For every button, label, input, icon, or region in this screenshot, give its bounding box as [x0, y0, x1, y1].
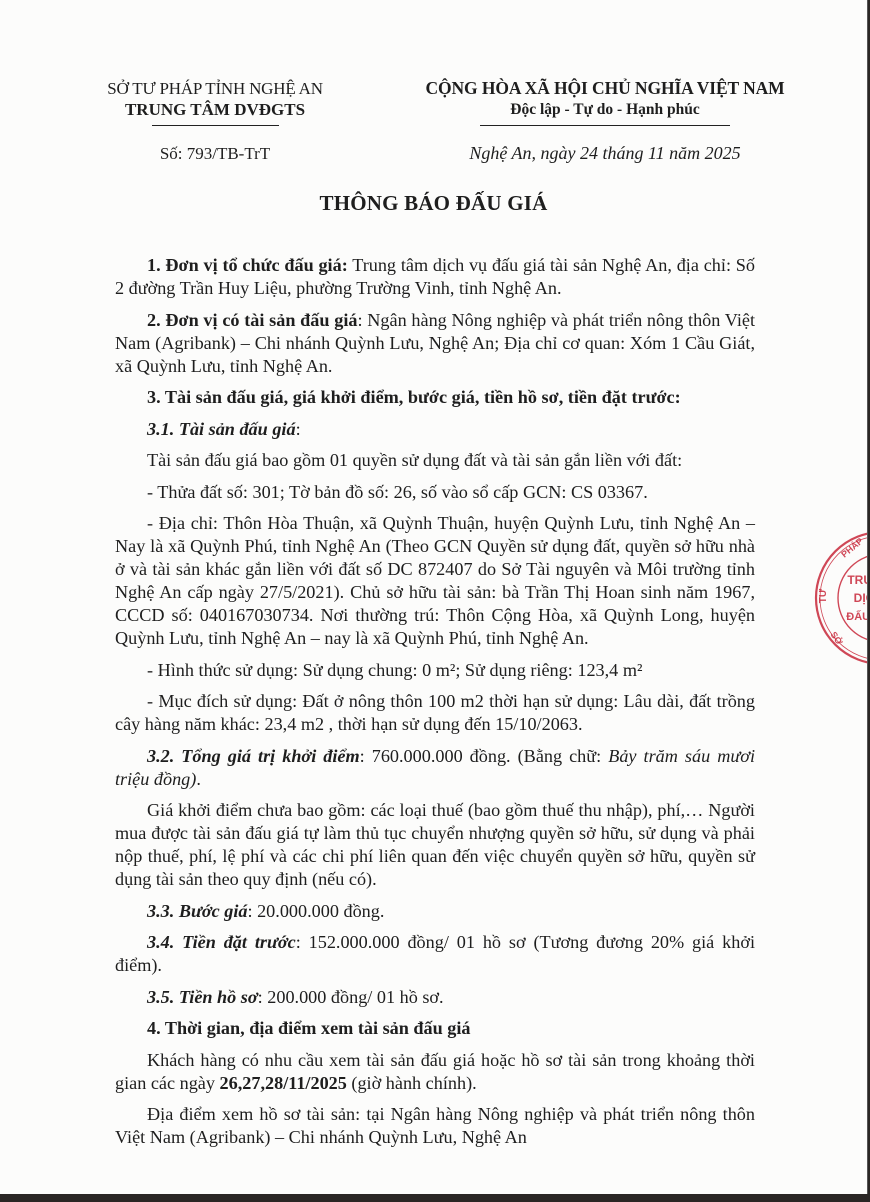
section-3-heading: 3. Tài sản đấu giá, giá khởi điểm, bước …: [115, 386, 755, 409]
svg-text:TƯ: TƯ: [818, 588, 829, 603]
svg-text:ĐẤU G: ĐẤU G: [846, 610, 868, 623]
dossier-fee: : 200.000 đồng/ 01 hồ sơ.: [258, 987, 444, 1007]
bid-step: : 20.000.000 đồng.: [247, 901, 384, 921]
section-3-3-label: 3.3. Bước giá: [147, 901, 247, 921]
section-3-5: 3.5. Tiền hồ sơ: 200.000 đồng/ 01 hồ sơ.: [115, 986, 755, 1009]
national-title: CỘNG HÒA XÃ HỘI CHỦ NGHĨA VIỆT NAM: [395, 78, 815, 99]
section-3-4-label: 3.4. Tiền đặt trước: [147, 932, 296, 952]
place-date: Nghệ An, ngày 24 tháng 11 năm 2025: [395, 143, 815, 164]
section-2: 2. Đơn vị có tài sản đấu giá: Ngân hàng …: [115, 309, 755, 378]
svg-text:DỊC: DỊC: [854, 591, 868, 605]
viewing-dates: 26,27,28/11/2025: [220, 1073, 347, 1093]
header-underline: [152, 125, 279, 126]
section-3-2-label: 3.2. Tổng giá trị khởi điểm: [147, 746, 360, 766]
viewing-time: Khách hàng có nhu cầu xem tài sản đấu gi…: [115, 1049, 755, 1095]
document-page: SỞ TƯ PHÁP TỈNH NGHỆ AN TRUNG TÂM DVĐGTS…: [0, 0, 868, 1194]
viewing-location: Địa điểm xem hồ sơ tài sản: tại Ngân hàn…: [115, 1103, 755, 1149]
section-4-heading: 4. Thời gian, địa điểm xem tài sản đấu g…: [115, 1017, 755, 1040]
section-2-label: 2. Đơn vị có tài sản đấu giá: [147, 310, 358, 330]
section-3-1-colon: :: [296, 419, 301, 439]
national-header: CỘNG HÒA XÃ HỘI CHỦ NGHĨA VIỆT NAM Độc l…: [395, 78, 815, 164]
section-3-1-label: 3.1. Tài sản đấu giá: [147, 419, 296, 439]
starting-price: : 760.000.000 đồng. (Bằng chữ:: [360, 746, 609, 766]
section-3-1: 3.1. Tài sản đấu giá:: [115, 418, 755, 441]
asset-usage-form: - Hình thức sử dụng: Sử dụng chung: 0 m²…: [115, 659, 755, 682]
asset-usage-purpose: - Mục đích sử dụng: Đất ở nông thôn 100 …: [115, 690, 755, 736]
section-3-5-label: 3.5. Tiền hồ sơ: [147, 987, 258, 1007]
document-title: THÔNG BÁO ĐẤU GIÁ: [0, 191, 867, 216]
viewing-time-post: (giờ hành chính).: [347, 1073, 477, 1093]
section-3-3: 3.3. Bước giá: 20.000.000 đồng.: [115, 900, 755, 923]
section-1-label: 1. Đơn vị tổ chức đấu giá:: [147, 255, 348, 275]
document-body: 1. Đơn vị tổ chức đấu giá: Trung tâm dịc…: [115, 254, 755, 1158]
national-motto: Độc lập - Tự do - Hạnh phúc: [395, 99, 815, 120]
section-1: 1. Đơn vị tổ chức đấu giá: Trung tâm dịc…: [115, 254, 755, 300]
section-3-2: 3.2. Tổng giá trị khởi điểm: 760.000.000…: [115, 745, 755, 791]
issuing-department: SỞ TƯ PHÁP TỈNH NGHỆ AN: [95, 78, 335, 99]
asset-parcel: - Thửa đất số: 301; Tờ bản đồ số: 26, số…: [115, 481, 755, 504]
asset-intro: Tài sản đấu giá bao gồm 01 quyền sử dụng…: [115, 449, 755, 472]
price-note: Giá khởi điểm chưa bao gồm: các loại thu…: [115, 799, 755, 891]
official-seal-icon: PHÁPTƯSỞTRUNDỊCĐẤU G: [812, 528, 868, 668]
issuing-center: TRUNG TÂM DVĐGTS: [95, 99, 335, 120]
svg-text:TRUN: TRUN: [847, 573, 868, 587]
section-3-2-end: .: [196, 769, 201, 789]
issuer-header: SỞ TƯ PHÁP TỈNH NGHỆ AN TRUNG TÂM DVĐGTS…: [95, 78, 335, 164]
svg-text:SỞ: SỞ: [828, 629, 845, 647]
motto-underline: [480, 125, 730, 126]
asset-address: - Địa chỉ: Thôn Hòa Thuận, xã Quỳnh Thuậ…: [115, 512, 755, 650]
document-number: Số: 793/TB-TrT: [95, 143, 335, 164]
section-3-4: 3.4. Tiền đặt trước: 152.000.000 đồng/ 0…: [115, 931, 755, 977]
